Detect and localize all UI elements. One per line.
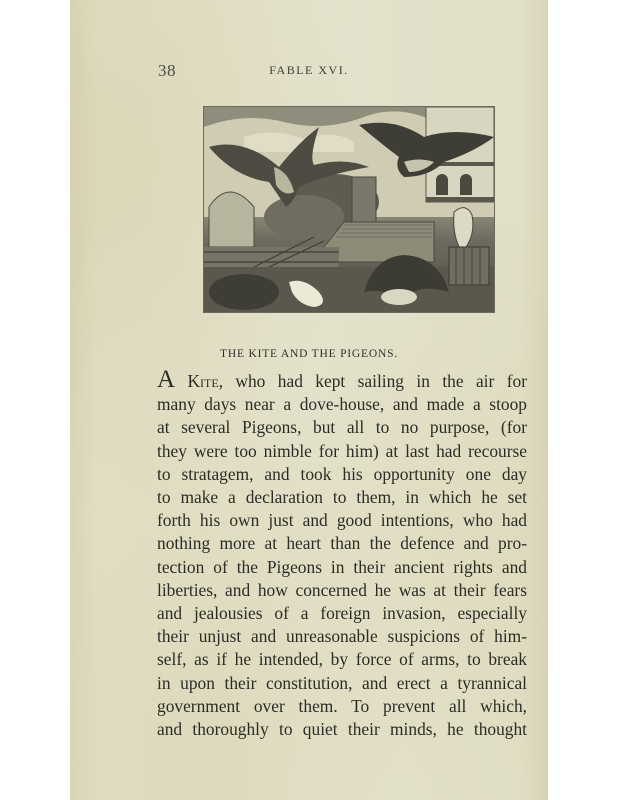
small-caps-word: Kite (187, 371, 218, 391)
text-line: at several Pigeons, but all to no purpos… (157, 416, 527, 439)
fable-body-text: A Kite, who had kept sailing in the air … (157, 368, 527, 741)
text-line: they were too nimble for him) at last ha… (157, 440, 527, 463)
text-line: to stratagem, and took his opportunity o… (157, 463, 527, 486)
first-line-text: , who had kept sailing in the air for (219, 371, 527, 391)
engraving-caption: THE KITE AND THE PIGEONS. (70, 348, 548, 360)
text-line: many days near a dove-house, and made a … (157, 393, 527, 416)
text-line: and jealousies of a foreign invasion, es… (157, 602, 527, 625)
text-line: forth his own just and good intentions, … (157, 509, 527, 532)
engraving-illustration (203, 106, 495, 313)
drop-cap: A (157, 366, 175, 393)
text-line: their unjust and unreasonable suspicions… (157, 625, 527, 648)
text-line: government over them. To prevent all whi… (157, 695, 527, 718)
text-line: self, as if he intended, by force of arm… (157, 648, 527, 671)
text-line: in upon their constitution, and erect a … (157, 672, 527, 695)
running-head: FABLE XVI. (70, 63, 548, 78)
text-line: to make a declaration to them, in which … (157, 486, 527, 509)
text-line-first: A Kite, who had kept sailing in the air … (157, 368, 527, 393)
text-line: tection of the Pigeons in their ancient … (157, 556, 527, 579)
text-line: and thoroughly to quiet their minds, he … (157, 718, 527, 741)
text-line: nothing more at heart than the defence a… (157, 532, 527, 555)
book-page: 38 FABLE XVI. (70, 0, 548, 800)
text-line: liberties, and how concerned he was at t… (157, 579, 527, 602)
